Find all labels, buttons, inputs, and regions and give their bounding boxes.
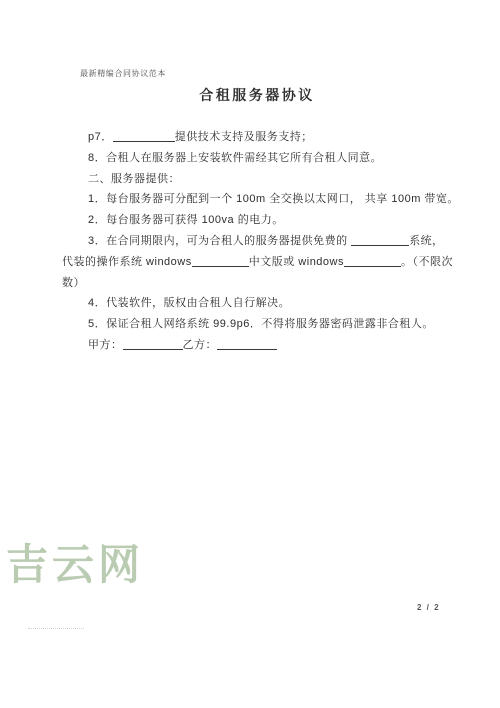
- text-run: 3．在合同期限内，可为合租人的服务器提供免费的: [88, 235, 351, 247]
- paragraph-line: 数）: [62, 273, 444, 294]
- text-run: 代装的操作系统 windows: [62, 256, 192, 268]
- header-note: 最新精编合同协议范本: [80, 68, 166, 79]
- paragraph-line: 甲方：乙方：: [62, 335, 444, 356]
- blank-underline: [344, 255, 401, 267]
- scan-artifact-line: [28, 628, 84, 629]
- paragraph-line: 2．每台服务器可获得 100va 的电力。: [62, 210, 444, 231]
- page-title: 合租服务器协议: [14, 85, 500, 105]
- text-run: 8．合租人在服务器上安装软件需经其它所有合租人同意。: [88, 152, 382, 164]
- blank-underline: [217, 338, 277, 350]
- watermark-logo: 吉云网: [6, 544, 144, 586]
- text-run: 数）: [62, 277, 85, 289]
- text-run: 。（不限次: [401, 256, 453, 268]
- paragraph-line: p7．提供技术支持及服务支持；: [62, 127, 444, 148]
- text-run: 5．保证合租人网络系统 99.9p6．不得将服务器密码泄露非合租人。: [88, 318, 434, 330]
- paragraph-line: 8．合租人在服务器上安装软件需经其它所有合租人同意。: [62, 148, 444, 169]
- paragraph-line: 1．每台服务器可分配到一个 100m 全交换以太网口， 共享 100m 带宽。: [62, 189, 444, 210]
- document-page: 最新精编合同协议范本 合租服务器协议 p7．提供技术支持及服务支持；8．合租人在…: [0, 0, 500, 708]
- paragraph-line: 4．代装软件，版权由合租人自行解决。: [62, 293, 444, 314]
- text-run: 二、服务器提供：: [88, 173, 180, 185]
- paragraph-line: 5．保证合租人网络系统 99.9p6．不得将服务器密码泄露非合租人。: [62, 314, 444, 335]
- paragraph-line: 代装的操作系统 windows中文版或 windows。（不限次: [62, 252, 444, 273]
- text-run: 1．每台服务器可分配到一个 100m 全交换以太网口， 共享 100m 带宽。: [88, 193, 459, 205]
- text-run: 乙方：: [183, 339, 218, 351]
- text-run: 中文版或 windows: [249, 256, 344, 268]
- paragraph-line: 二、服务器提供：: [62, 169, 444, 190]
- text-run: 提供技术支持及服务支持；: [175, 131, 313, 143]
- page-number: 2 / 2: [417, 603, 440, 612]
- blank-underline: [351, 234, 409, 246]
- blank-underline: [123, 338, 183, 350]
- text-run: 甲方：: [88, 339, 123, 351]
- text-run: p7．: [88, 131, 113, 143]
- text-run: 系统，: [409, 235, 444, 247]
- text-run: 2．每台服务器可获得 100va 的电力。: [88, 214, 284, 226]
- blank-underline: [113, 130, 175, 142]
- paragraph-line: 3．在合同期限内，可为合租人的服务器提供免费的 系统，: [62, 231, 444, 252]
- text-run: 4．代装软件，版权由合租人自行解决。: [88, 297, 290, 309]
- blank-underline: [192, 255, 249, 267]
- document-body: p7．提供技术支持及服务支持；8．合租人在服务器上安装软件需经其它所有合租人同意…: [62, 127, 444, 356]
